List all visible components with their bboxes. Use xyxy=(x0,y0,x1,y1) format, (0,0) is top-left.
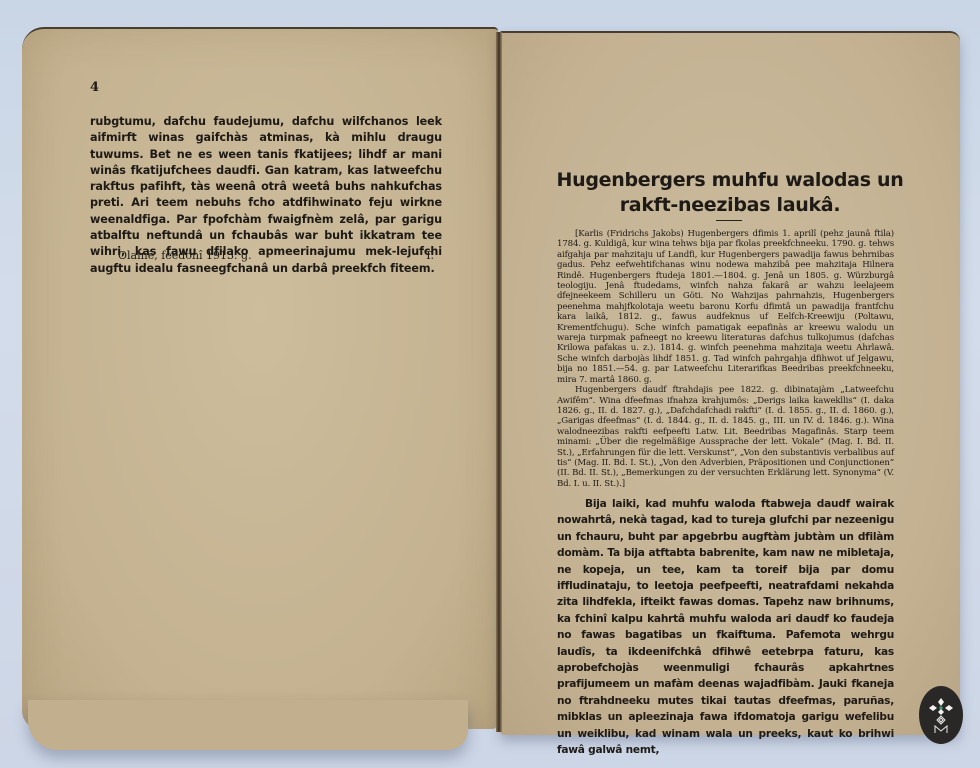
right-page-body: Bija laiki, kad muhfu waloda ftabweja da… xyxy=(557,496,894,759)
bio-paragraph: [Karlis (Fridrichs Jakobs) Hugenbergers … xyxy=(557,229,894,385)
signature-place-date: Olainê, feedonî 1913. g. xyxy=(118,249,252,262)
right-paragraph: Bija laiki, kad muhfu waloda ftabweja da… xyxy=(557,496,894,759)
biography-block: [Karlis (Fridrichs Jakobs) Hugenbergers … xyxy=(557,229,894,489)
book-gutter xyxy=(496,32,502,732)
folk-ornament-monogram-icon xyxy=(928,695,954,735)
page-number: 4 xyxy=(90,80,99,95)
watermark-badge xyxy=(919,686,963,744)
chapter-title: Hugenbergers muhfu walodas un rakft-neez… xyxy=(545,168,915,218)
signature-line: Olainê, feedonî 1913. g. T. xyxy=(118,249,434,262)
title-divider xyxy=(716,220,742,221)
signature-initial: T. xyxy=(425,249,434,262)
bio-paragraph: Hugenbergers daudf ftrahdajis pee 1822. … xyxy=(557,385,894,489)
left-page-lower-edge xyxy=(28,700,468,750)
